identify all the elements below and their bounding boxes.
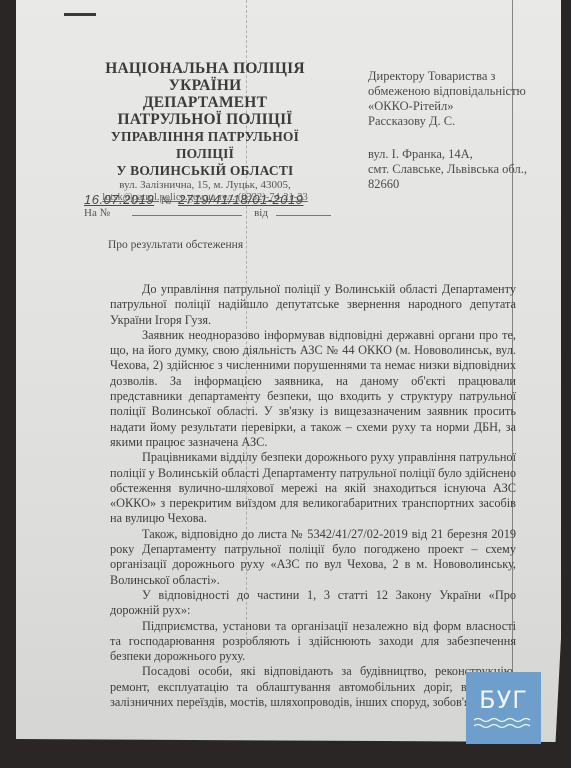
reply-reference: На №від [84,206,331,219]
scan-mark [64,13,96,16]
body-paragraph: Працівниками відділу безпеки дорожнього … [110,450,516,526]
body-paragraph: Посадові особи, які відповідають за буді… [110,664,516,710]
recipient-line: Рассказову Д. С. [368,114,568,129]
recipient-line: обмеженою відповідальністю [368,84,568,99]
recipient-address-line: смт. Славське, Львівська обл., [368,162,568,177]
reply-date-blank [276,206,331,216]
reply-number-label: На № [84,207,110,219]
letterhead-address: вул. Залізнична, 15, м. Луцьк, 43005, [86,179,324,192]
recipient-line: «ОККО-Рітейл» [368,99,568,114]
outgoing-date: 16.07.2019 [84,192,154,207]
body-paragraph: У відповідності до частини 1, 3 статті 1… [110,588,516,619]
letterhead-line: НАЦІОНАЛЬНА ПОЛІЦІЯ [86,60,324,77]
letterhead-line: УКРАЇНИ [86,77,324,94]
letterhead-line: ПОЛІЦІЇ [86,145,324,162]
letterhead: НАЦІОНАЛЬНА ПОЛІЦІЯ УКРАЇНИ ДЕПАРТАМЕНТ … [86,60,324,204]
letter-body: До управління патрульної поліції у Волин… [110,282,516,710]
outgoing-number: 2719/41/18/01-2019 [178,192,303,207]
letterhead-line: УПРАВЛІННЯ ПАТРУЛЬНОЇ [86,128,324,145]
body-paragraph: До управління патрульної поліції у Волин… [110,282,516,328]
letterhead-line: ДЕПАРТАМЕНТ [86,94,324,111]
recipient-address-line: 82660 [368,177,568,192]
recipient-address-line: вул. І. Франка, 14А, [368,147,568,162]
logo-text: БУГ [466,672,541,712]
body-paragraph: Заявник неодноразово інформував відповід… [110,328,516,450]
registration-line: 16.07.2019 № 2719/41/18/01-2019 [84,192,324,207]
body-paragraph: Підприємства, установи та організації не… [110,619,516,665]
letterhead-line: У ВОЛИНСЬКІЙ ОБЛАСТІ [86,162,324,179]
bug-watermark-logo: БУГ [466,672,541,744]
recipient-line: Директору Товариства з [368,69,568,84]
letterhead-line: ПАТРУЛЬНОЇ ПОЛІЦІЇ [86,111,324,128]
reply-from-label: від [254,207,268,219]
recipient-block: Директору Товариства з обмеженою відпові… [368,69,568,192]
subject-line: Про результати обстеження [108,239,243,251]
body-paragraph: Також, відповідно до листа № 5342/41/27/… [110,527,516,588]
reply-number-blank [132,206,242,216]
waves-icon [472,716,536,730]
